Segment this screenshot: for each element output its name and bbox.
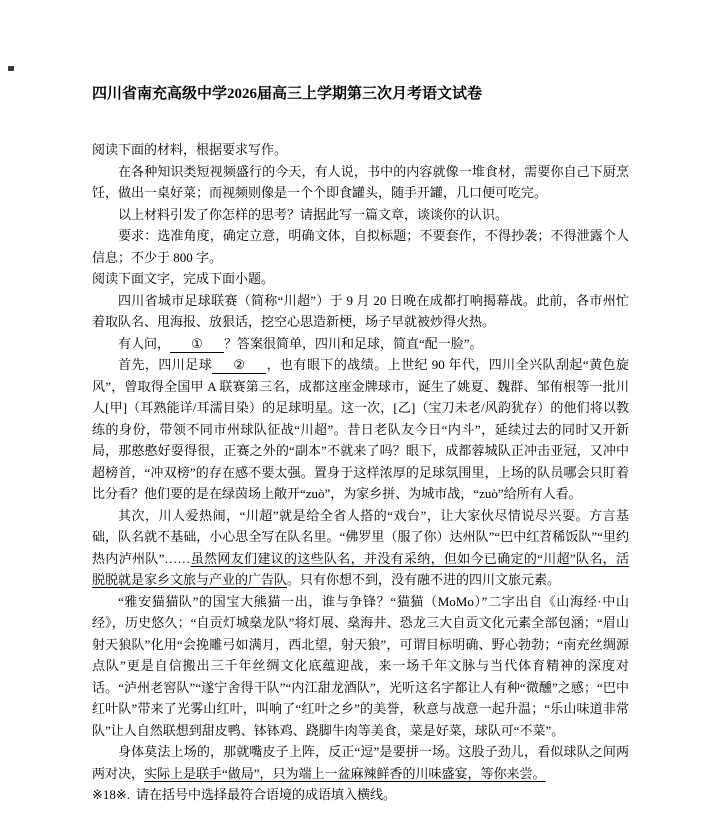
question-18: ※18※.请在括号中选择最符合语境的成语填入横线。 <box>92 784 629 806</box>
reading-paragraph-4: 其次，川人爱热闹，“川超”就是给全省人搭的“戏台”，让大家伙尽情说尽兴耍。方言基… <box>92 505 629 591</box>
reading-paragraph-5: “雅安猫猫队”的国宝大熊猫一出，谁与争锋？“猫猫（MoMo）”二字出自《山海经·… <box>92 591 629 742</box>
text-segment: 首先，四川足球 <box>118 357 212 372</box>
text-segment: 。只有你想不到，没有融不进的四川文旅元素。 <box>287 572 560 587</box>
reading-paragraph-6: 身体莫法上场的，那就嘴皮子上阵，反正“逗”是要拼一场。这股子劲儿，看似球队之间两… <box>92 741 629 784</box>
text-segment: ，也有眼下的战绩。上世纪 90 年代，四川全兴队刮起“黄色旋风”，曾取得全国甲 … <box>92 357 629 501</box>
reading-paragraph-3: 首先，四川足球②，也有眼下的战绩。上世纪 90 年代，四川全兴队刮起“黄色旋风”… <box>92 354 629 505</box>
text-segment: ？答案很简单，四川和足球，简直“配一脸”。 <box>224 336 483 351</box>
reading-paragraph-2: 有人问，①？答案很简单，四川和足球，简直“配一脸”。 <box>92 333 629 355</box>
reading-paragraph-1: 四川省城市足球联赛（简称“川超”）于 9 月 20 日晚在成都打响揭幕战。此前，… <box>92 290 629 333</box>
exam-paper: 四川省南充高级中学2026届高三上学期第三次月考语文试卷 阅读下面的材料，根据要… <box>92 86 629 806</box>
essay-material: 在各种知识类短视频盛行的今天，有人说，书中的内容就像一堆食材，需要你自己下厨烹饪… <box>92 161 629 204</box>
question-text: 请在括号中选择最符合语境的成语填入横线。 <box>136 787 396 802</box>
blank-line-1: ① <box>170 336 224 353</box>
essay-requirements: 要求：选准角度，确定立意，明确文体，自拟标题；不要套作，不得抄袭；不得泄露个人信… <box>92 225 629 268</box>
reading-intro: 阅读下面文字，完成下面小题。 <box>92 268 629 290</box>
essay-task: 以上材料引发了你怎样的思考？请据此写一篇文章，谈谈你的认识。 <box>92 204 629 226</box>
scan-artifact <box>8 66 14 71</box>
text-segment: 有人问， <box>118 336 170 351</box>
essay-intro: 阅读下面的材料，根据要求写作。 <box>92 139 629 161</box>
question-number: ※18※. <box>92 787 130 802</box>
underlined-sentence-2: 实际上是联手“做局”，只为端上一盆麻辣鲜香的川味盛宴，等你来尝。 <box>144 766 546 781</box>
document-title: 四川省南充高级中学2026届高三上学期第三次月考语文试卷 <box>92 86 629 103</box>
blank-line-2: ② <box>212 357 266 374</box>
